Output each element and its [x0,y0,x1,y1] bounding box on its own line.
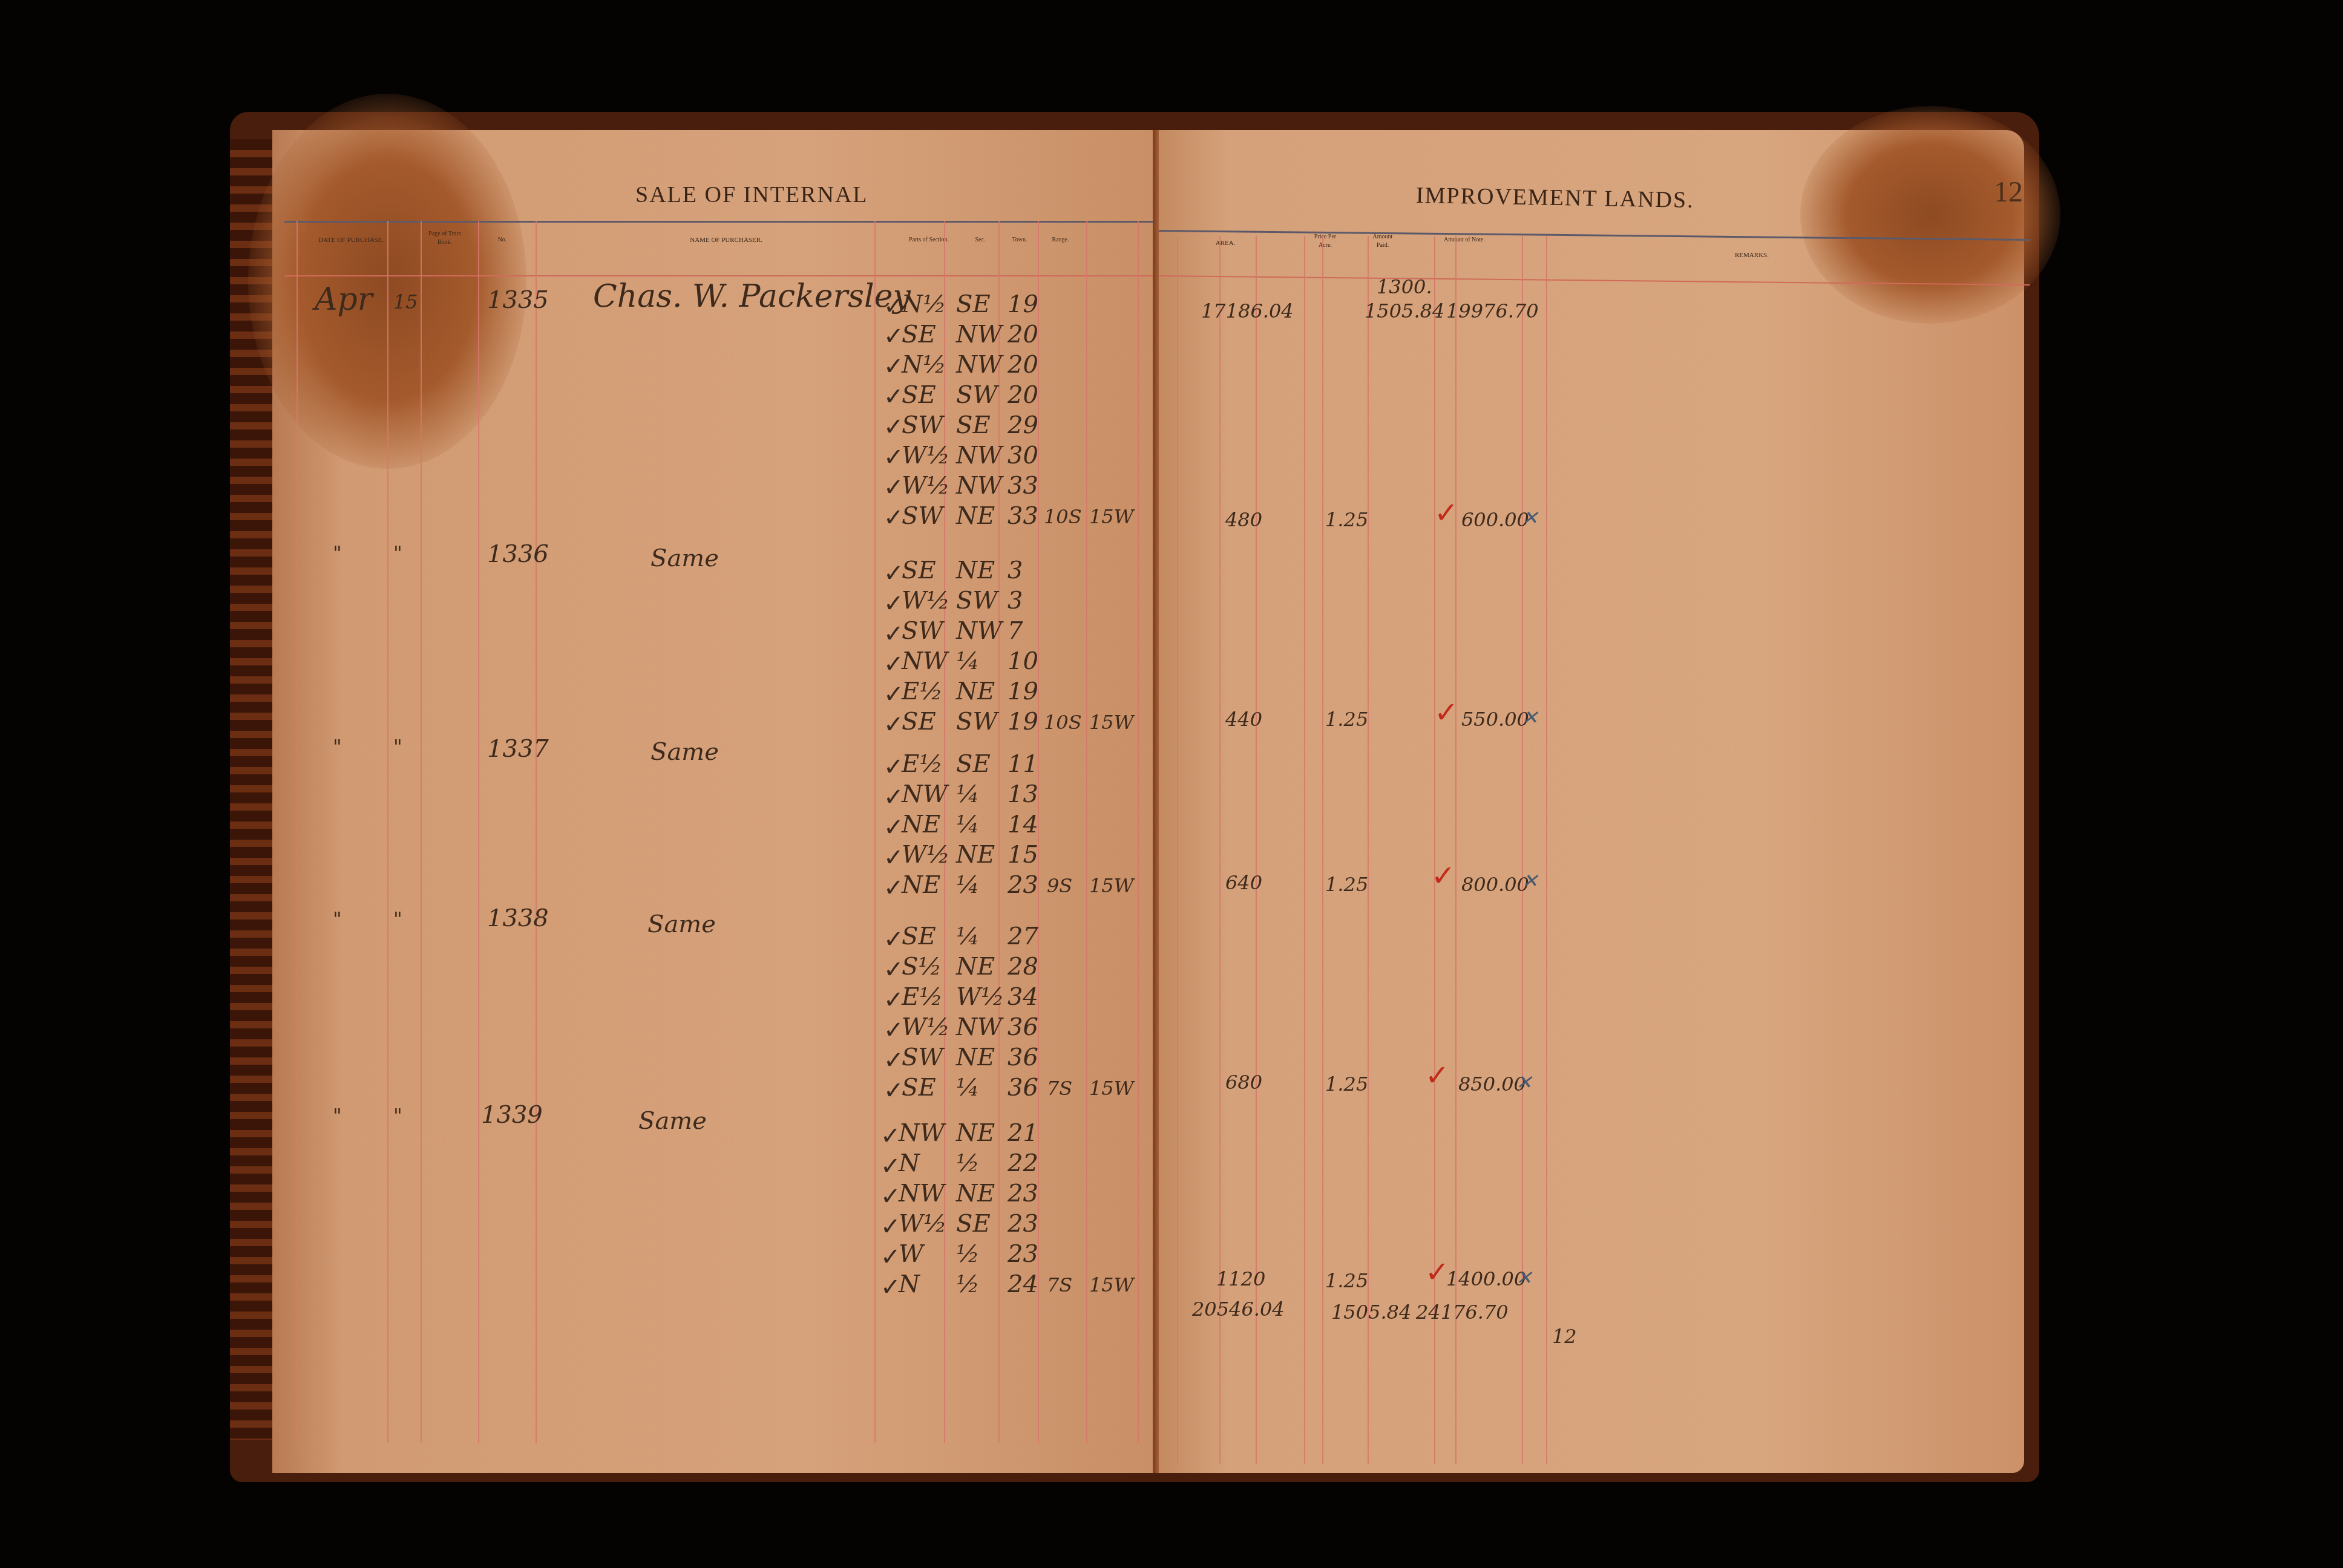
entry-price: 1.25 [1325,508,1368,531]
check-icon: ✓ [883,844,904,872]
parcel-quarter: SE [956,290,991,318]
parcel-quarter: NE [956,1044,995,1071]
right-page: IMPROVEMENT LANDS. 12 AREA. Price Per Ac… [1159,130,2024,1473]
parcel-part: N [899,1270,920,1298]
ditto-mark: " [393,541,402,564]
x-mark-icon: ✕ [1522,506,1538,529]
parcel-quarter: NE [956,841,995,869]
column-rule [1304,236,1305,1464]
parcel-sec: 34 [1008,983,1038,1011]
x-mark-icon: ✕ [1516,1266,1532,1289]
parcel-part: NW [902,780,948,808]
column-rule [1177,236,1178,1464]
col-range-header: Range. [1044,236,1077,244]
entry-price: 1.25 [1325,1269,1368,1292]
parcel-quarter: NW [956,351,1002,379]
parcel-quarter: ¼ [956,811,980,838]
col-no-header: No. [490,236,514,244]
parcel-quarter: ¼ [956,647,980,675]
parcel-part: SE [902,557,936,584]
grand-total-note: 24176.70 [1416,1301,1509,1324]
col-name-header: NAME OF PURCHASER. [635,236,817,244]
check-icon: ✓ [883,443,904,471]
check-icon: ✓ [883,413,904,441]
parcel-quarter: SW [956,381,998,409]
parcel-part: W [899,1240,923,1268]
parcel-part: E½ [902,678,943,705]
red-check-icon: ✓ [1431,859,1455,893]
entry-number: 1336 [487,540,549,568]
parcel-quarter: NW [956,321,1002,348]
column-rule [478,221,479,1443]
check-icon: ✓ [880,1243,901,1271]
ditto-mark: " [393,735,402,758]
ditto-mark: " [393,907,402,930]
grand-total-paid: 1505.84 [1331,1301,1411,1324]
column-rule [1546,236,1547,1464]
parcel-sec: 36 [1008,1074,1038,1102]
parcel-quarter: ¼ [956,1074,980,1102]
parcel-sec: 19 [1008,290,1038,318]
check-icon: ✓ [883,650,904,678]
parcel-quarter: ½ [956,1149,980,1177]
column-rule [297,221,298,1443]
parcel-part: N [899,1149,920,1177]
parcel-quarter: NW [956,1013,1002,1041]
check-icon: ✓ [883,620,904,648]
col-note-header: Amount of Note. [1443,236,1486,244]
column-rule [1322,236,1323,1464]
check-icon: ✓ [883,1077,904,1105]
purchaser-name: Chas. W. Packersley [593,278,911,315]
parcel-sec: 36 [1008,1013,1038,1041]
parcel-sec: 13 [1008,780,1038,808]
parcel-town: 10S [1044,505,1082,528]
parcel-part: NW [899,1180,945,1207]
parcel-sec: 23 [1008,1180,1038,1207]
parcel-town: 10S [1044,711,1082,734]
check-icon: ✓ [883,681,904,708]
parcel-range: 15W [1089,1077,1134,1100]
parcel-sec: 20 [1008,381,1038,409]
parcel-sec: 23 [1008,1210,1038,1238]
running-area-total: 17186.04 [1201,299,1294,322]
parcel-quarter: SW [956,587,998,615]
ditto-mark: " [333,907,342,930]
parcel-sec: 27 [1008,923,1038,950]
col-date-header: DATE OF PURCHASE. [309,236,393,244]
parcel-part: NW [902,647,948,675]
entry-number: 1335 [487,286,549,314]
parcel-quarter: SW [956,708,998,736]
col-parts-header: Parts of Section. [896,236,962,244]
parcel-quarter: NE [956,502,995,530]
page-title-left: SALE OF INTERNAL [635,181,868,208]
check-icon: ✓ [880,1152,901,1180]
check-icon: ✓ [883,1047,904,1074]
parcel-part: W½ [902,841,950,869]
col-remarks-header: REMARKS. [1722,251,1782,260]
check-icon: ✓ [883,1016,904,1044]
entry-number: 1338 [487,904,549,932]
entry-note-amount: 800.00 [1461,873,1529,896]
parcel-part: N½ [902,290,946,318]
parcel-sec: 29 [1008,411,1038,439]
parcel-part: SW [902,411,943,439]
col-area-header: AREA. [1207,239,1244,247]
entry-area: 1120 [1216,1267,1265,1290]
x-mark-icon: ✕ [1522,869,1538,892]
check-icon: ✓ [883,590,904,618]
margin-note: 12 [1552,1325,1577,1348]
parcel-quarter: W½ [956,983,1004,1011]
parcel-sec: 20 [1008,351,1038,379]
parcel-part: SE [902,708,936,736]
parcel-part: SW [902,617,943,645]
parcel-sec: 23 [1008,871,1038,899]
page-title-right: IMPROVEMENT LANDS. [1416,182,1694,214]
parcel-town: 7S [1047,1273,1072,1296]
parcel-range: 15W [1089,874,1134,897]
parcel-part: E½ [902,750,943,778]
parcel-part: SW [902,1044,943,1071]
parcel-part: W½ [902,1013,950,1041]
parcel-quarter: NE [956,953,995,981]
check-icon: ✓ [880,1213,901,1241]
entry-date-month: Apr [315,281,373,318]
ditto-mark: " [333,735,342,758]
check-icon: ✓ [883,783,904,811]
parcel-sec: 33 [1008,502,1038,530]
parcel-sec: 3 [1008,587,1023,615]
parcel-quarter: SE [956,411,991,439]
red-check-icon: ✓ [1434,696,1458,730]
check-icon: ✓ [880,1273,901,1301]
parcel-sec: 14 [1008,811,1038,838]
parcel-part: W½ [902,472,950,500]
entry-area: 680 [1225,1071,1262,1094]
col-price-header: Price Per Acre. [1310,233,1340,250]
parcel-part: W½ [902,587,950,615]
parcel-part: W½ [902,442,950,469]
parcel-quarter: NE [956,557,995,584]
parcel-sec: 23 [1008,1240,1038,1268]
parcel-quarter: NW [956,617,1002,645]
parcel-quarter: ½ [956,1240,980,1268]
check-icon: ✓ [883,292,904,320]
entry-area: 640 [1225,871,1262,894]
entry-note-amount: 1400.00 [1446,1267,1526,1290]
entry-number: 1337 [487,735,549,763]
parcel-sec: 28 [1008,953,1038,981]
parcel-sec: 33 [1008,472,1038,500]
parcel-quarter: NE [956,1180,995,1207]
entry-note-amount: 600.00 [1461,508,1529,531]
parcel-sec: 10 [1008,647,1038,675]
parcel-sec: 21 [1008,1119,1038,1147]
parcel-sec: 11 [1008,750,1038,778]
parcel-part: NE [902,871,940,899]
ditto-mark: " [333,1104,342,1127]
parcel-part: W½ [899,1210,947,1238]
entry-note-amount: 550.00 [1461,708,1529,731]
red-check-icon: ✓ [1425,1059,1449,1093]
column-rule [536,221,537,1443]
parcel-part: SE [902,923,936,950]
parcel-sec: 3 [1008,557,1023,584]
grand-total-area: 20546.04 [1192,1298,1285,1321]
parcel-quarter: NW [956,442,1002,469]
parcel-town: 7S [1047,1077,1072,1100]
check-icon: ✓ [880,1122,901,1150]
col-paid-header: Amount Paid. [1368,233,1398,250]
check-icon: ✓ [883,711,904,739]
parcel-quarter: ¼ [956,923,980,950]
parcel-quarter: ½ [956,1270,980,1298]
entry-area: 440 [1225,708,1262,731]
parcel-part: NW [899,1119,945,1147]
check-icon: ✓ [883,753,904,781]
column-rule [421,221,422,1443]
check-icon: ✓ [883,814,904,841]
parcel-quarter: NE [956,678,995,705]
purchaser-name: Same [638,1107,707,1135]
entry-price: 1.25 [1325,1073,1368,1096]
parcel-quarter: NW [956,472,1002,500]
parcel-part: NE [902,811,940,838]
parcel-part: SE [902,381,936,409]
ditto-mark: " [393,1104,402,1127]
parcel-sec: 15 [1008,841,1038,869]
header-rule [284,221,1159,223]
column-rule [998,221,1000,1443]
header-rule-bottom [284,275,1159,276]
parcel-sec: 30 [1008,442,1038,469]
parcel-town: 9S [1047,874,1072,897]
ditto-mark: " [333,541,342,564]
check-icon: ✓ [883,322,904,350]
parcel-sec: 19 [1008,678,1038,705]
running-amount-paid: 1505.84 [1365,299,1444,322]
check-icon: ✓ [883,504,904,532]
parcel-quarter: ¼ [956,780,980,808]
column-rule [874,221,876,1443]
parcel-quarter: NE [956,1119,995,1147]
check-icon: ✓ [883,560,904,587]
check-icon: ✓ [883,956,904,984]
column-rule [944,221,945,1443]
check-icon: ✓ [883,474,904,501]
parcel-part: SE [902,321,936,348]
purchaser-name: Same [650,738,719,766]
parcel-part: S½ [902,953,942,981]
col-town-header: Town. [1004,236,1035,244]
parcel-part: N½ [902,351,946,379]
parcel-part: SW [902,502,943,530]
parcel-part: SE [902,1074,936,1102]
parcel-sec: 22 [1008,1149,1038,1177]
entry-price: 1.25 [1325,873,1368,896]
column-rule [1138,221,1139,1443]
parcel-quarter: SE [956,750,991,778]
check-icon: ✓ [883,926,904,953]
red-check-icon: ✓ [1434,496,1458,530]
parcel-sec: 24 [1008,1270,1038,1298]
parcel-part: E½ [902,983,943,1011]
column-rule [387,221,388,1443]
col-tract-page-header: Page of Tract Book. [424,230,466,247]
entry-price: 1.25 [1325,708,1368,731]
col-sec-header: Sec. [968,236,992,244]
parcel-range: 15W [1089,711,1134,734]
parcel-range: 15W [1089,505,1134,528]
x-mark-icon: ✕ [1516,1071,1532,1094]
check-icon: ✓ [883,353,904,381]
page-number: 12 [1994,175,2023,209]
running-note-total: 19976.70 [1446,299,1539,322]
column-rule [1086,221,1087,1443]
purchaser-name: Same [650,544,719,572]
parcel-sec: 36 [1008,1044,1038,1071]
entry-area: 480 [1225,508,1262,531]
entry-number: 1339 [481,1101,543,1129]
parcel-sec: 20 [1008,321,1038,348]
check-icon: ✓ [883,874,904,902]
parcel-sec: 7 [1008,617,1023,645]
check-icon: ✓ [883,383,904,411]
entry-date-day: 15 [393,290,418,313]
water-stain [1800,106,2060,324]
x-mark-icon: ✕ [1522,706,1538,729]
left-page: SALE OF INTERNAL DATE OF PURCHASE. Page … [272,130,1159,1473]
parcel-quarter: ¼ [956,871,980,899]
parcel-sec: 19 [1008,708,1038,736]
check-icon: ✓ [883,986,904,1014]
parcel-quarter: SE [956,1210,991,1238]
check-icon: ✓ [880,1183,901,1210]
parcel-range: 15W [1089,1273,1134,1296]
purchaser-name: Same [647,910,716,938]
amount-paid-top: 1300. [1377,275,1432,298]
